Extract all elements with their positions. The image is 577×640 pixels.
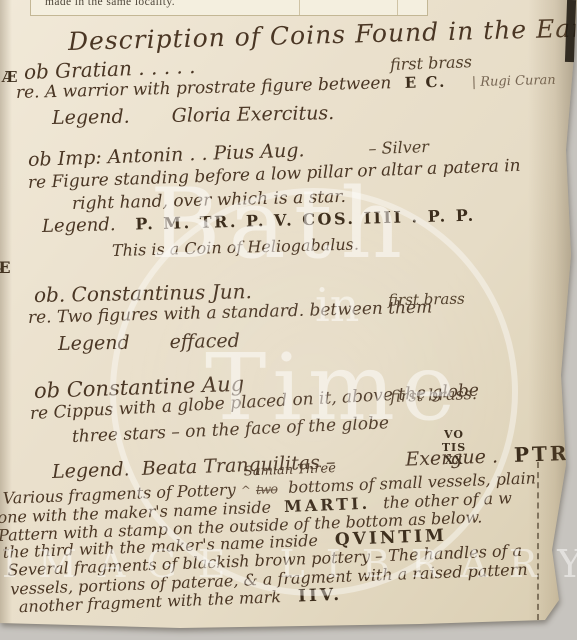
entry3-legend: Legend effaced [58, 330, 240, 355]
photo-of-manuscript: made in the same locality. Description o… [0, 0, 577, 640]
pottery-paragraph: Samian Three Various fragments of Potter… [0, 447, 577, 635]
printed-table-divider [397, 0, 398, 15]
page-title: Description of Coins Found in the Earth [68, 13, 577, 56]
page-left-edge-shadow [0, 0, 12, 625]
printed-fragment-text: made in the same locality. [45, 0, 175, 8]
legend-label: Legend. [52, 106, 130, 129]
struck-word: two [256, 482, 278, 498]
globe-inscription-line: VO [437, 428, 471, 441]
legend-value: effaced [170, 330, 240, 353]
printed-table-divider [299, 0, 300, 15]
entry1-reverse-caps: E C. [405, 73, 447, 92]
insertion-caret: ^ [241, 483, 252, 497]
printed-page-fragment: made in the same locality. [30, 0, 428, 16]
page-torn-right-edge [528, 0, 577, 632]
paper-shadow-wrap: made in the same locality. Description o… [0, 0, 577, 640]
entry2-note: This is a Coin of Heliogabalus. [112, 235, 359, 260]
manuscript-page: made in the same locality. Description o… [0, 0, 577, 632]
page-fold-dashed-line [537, 462, 539, 620]
vessel-mark-caps: IIV. [298, 585, 343, 607]
legend-label: Legend. [42, 214, 116, 237]
legend-label: Legend [58, 332, 130, 355]
legend-value: Gloria Exercitus. [172, 102, 335, 127]
entry1-legend: Legend.Gloria Exercitus. [52, 102, 335, 129]
entry2-metal: – Silver [368, 137, 429, 158]
